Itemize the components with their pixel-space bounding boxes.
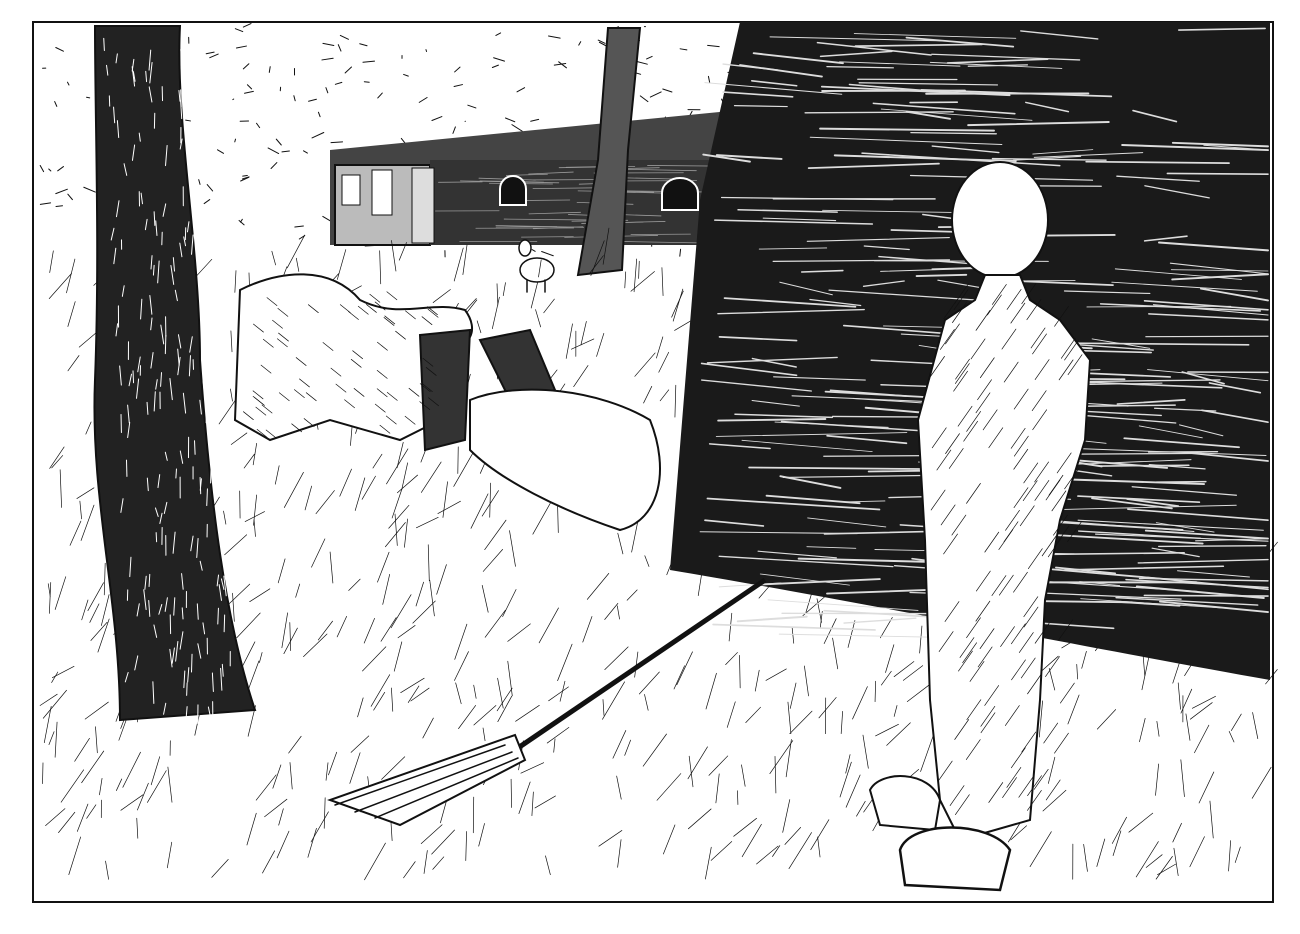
house-window	[372, 170, 392, 215]
boy-shoe	[900, 828, 1010, 891]
house-window	[500, 176, 526, 205]
illustration	[0, 0, 1300, 934]
dark-sock	[420, 330, 470, 450]
house-window	[662, 178, 698, 210]
house-window	[342, 175, 360, 205]
boy-head	[952, 162, 1048, 278]
house-door	[412, 168, 434, 243]
boy-shoe	[870, 776, 940, 830]
illustration-canvas	[0, 0, 1300, 934]
